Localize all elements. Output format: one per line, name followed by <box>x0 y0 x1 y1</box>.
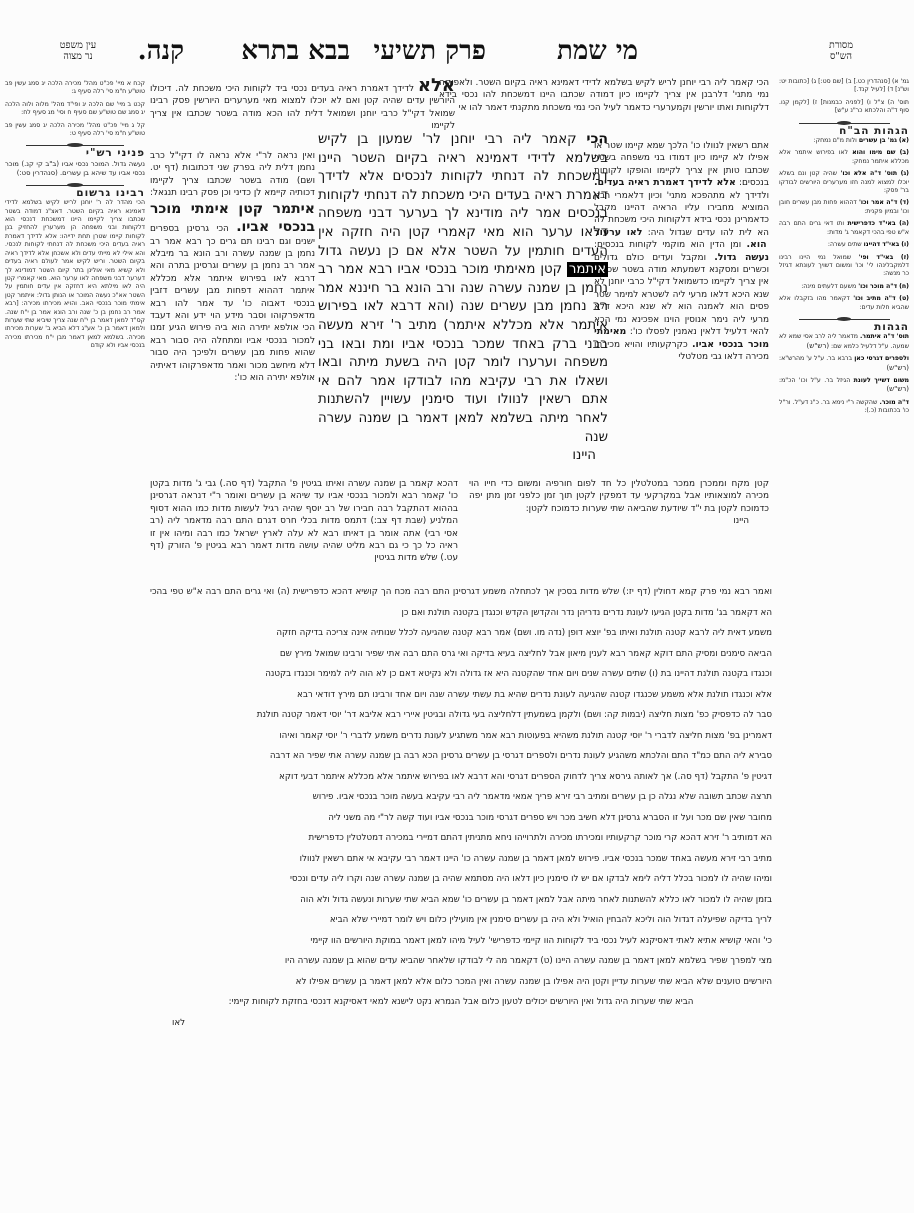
rabbenu-gershom-text: הכי מהדר לה ר' יוחנן לריש לקיש בשלמא לדי… <box>5 199 145 350</box>
tosafot-text: ואין נראה לר"י אלא נראה לו דקי"ל כרב נחמ… <box>150 151 315 198</box>
gemara-passage: (והא דרבא <box>384 299 454 314</box>
pninei-rashi-text: נעשה גדול. המוכר נכסי אביו (ב"ב קי קנ.) … <box>5 160 145 178</box>
tosafot-line: סבירא ליה התם כמ"ד התם והלכתא משהגיע לעו… <box>150 746 772 767</box>
ein-mishpat-title-line-2: נר מצוה <box>48 51 108 62</box>
rashi-text: ומן הדין הוא מוקמי לקוחות בנכסים: <box>594 240 746 250</box>
note-mark: (ד) <box>900 199 909 206</box>
note-source: (רש"ש) <box>886 385 909 393</box>
masoret-hashas-column: גמ' א) [סנהדרין כט.] ב) [שם סט:] ג) [כתו… <box>779 78 909 420</box>
gemara-opening-word: הכי <box>586 131 608 147</box>
note-mark: (ז) <box>901 254 909 261</box>
note-lemma: גמ' בן עשרים <box>859 137 897 144</box>
gemara-section-marker: איתמר <box>567 262 608 277</box>
tosafot-line: הביא שתי שערות היה גדול ואין היורשים יכו… <box>150 992 772 1013</box>
rashi-bottom-block: קטן מקח וממכרן ממכר במטלטלין כל חד לפום … <box>469 478 769 528</box>
tosafot-line: מצי למפרך שפיר בשלמא למאן דאמר בן שמנה ע… <box>150 951 772 972</box>
gemara-passage: קאמר ליה רבי יוחנן לר' שמעון בן לקיש בשל… <box>318 132 608 221</box>
note-lemma: ולספרים דגרסי כאן <box>854 355 909 362</box>
tosafot-line: דגיטין פ' התקבל (דף סה.) אך לאותה גירסא … <box>150 767 772 788</box>
gemara-catchword: היינו <box>318 447 608 466</box>
haggahot-habach-heading: הגהות הב"ח <box>779 127 909 135</box>
haggahot-note: תוס' ד"ה איתמר. מדאמר ליה לרב אסי שמא לא… <box>779 333 909 351</box>
tosafot-line: היורשים טוענים שלא הביא שתי שערות עדיין … <box>150 972 772 993</box>
tosafot-top-block: אלא לדידך דאמרת ראיה בעדים נכסי ביד לקוח… <box>150 77 455 133</box>
note-lemma: באי"ד כדפרישית <box>848 220 896 227</box>
rashi-top-block: הכי קאמר ליה רבי יוחנן לריש לקיש בשלמא ל… <box>439 77 769 114</box>
haggahot-note: ולספרים דגרסי כאן ברבא בר. ע"ל ע' מהרש"א… <box>779 355 909 373</box>
tosafot-line: בזמן שהיה לו למכור לאו כללא להשתנות לאחר… <box>150 890 772 911</box>
tosafot-line: דאמרינן בפ' מצות חליצה לדברי ר' יוסי קטנ… <box>150 726 772 747</box>
haggahot-note: (ז) באי"ד ופי' שמואל נמי היינו רבינו דלמ… <box>779 254 909 279</box>
rabbenu-gershom-heading: רבינו גרשום <box>5 189 145 197</box>
note-source: (רש"ש) <box>807 342 830 350</box>
rashi-column: אתם רשאין לנוולו כו' הלכך שמא קיימו שטר … <box>594 140 769 363</box>
haggahot-note: (ד) ד"ה אמר וכו' דההוא פחות מבן עשרים חו… <box>779 199 909 216</box>
masoret-refs-tosafot: תוס' ה) צ"ל ו) [לפניה כבמנות] ז) [לקמן ק… <box>779 99 909 116</box>
page-catchword: לאו <box>150 1013 772 1034</box>
tosafot-bottom-block: ואמר רבא נמי פרק קמא דחולין (דף יז:) שלש… <box>150 582 772 1033</box>
tosafot-text: לדידך דאמרת ראיה בעדים נכסי ביד לקוחות ה… <box>150 84 455 131</box>
note-lemma: ד"ה אמר וכו' <box>859 199 897 206</box>
section-divider <box>26 184 124 186</box>
haggahot-note: (ט) ד"ה מתיב וכו' דקאמר מהו בזקבלו אלא ש… <box>779 295 909 312</box>
note-mark: (א) <box>899 137 909 144</box>
note-lemma: ד"ה מתיב וכו' <box>853 295 895 302</box>
haggahot-note: (ו) באי"ד דהיינו שתים עשרה: <box>779 241 909 249</box>
tosafot-line: ואמר רבא נמי פרק קמא דחולין (דף יז:) שלש… <box>150 582 772 623</box>
note-source: (רש"ש) <box>886 364 909 372</box>
rashi-dibbur-hamatchil: נעשה גדול. <box>714 252 769 263</box>
ein-mishpat-entry: קל ג מיי' פכ"ט מהל' מכירה הלכה יג סמג עש… <box>5 122 145 139</box>
haggahot-note: ד"ה מוכר. שהקשה ר"י נימא בר. כ"נ דע"ל. ו… <box>779 399 909 416</box>
note-text: ולות מ"ם נמחק: <box>814 137 857 144</box>
tosafot-line: תרצה שכתב תשובה שלא נגלה כן בן עשרים ומת… <box>150 787 772 808</box>
gemara-text: הכי קאמר ליה רבי יוחנן לר' שמעון בן לקיש… <box>318 130 608 466</box>
ein-mishpat-title-line-1: עין משפט <box>48 40 108 51</box>
rashi-text: ומקבל ועדים כולם גדולים וכשרים ומסקנא דש… <box>594 253 769 337</box>
tosafot-line: סבר לה כדפסיק כפ' מצות חליצה (יבמות קה: … <box>150 705 772 726</box>
note-lemma: תוס' ד"ה איתמר. <box>860 333 909 340</box>
rashi-catchword: היינו <box>469 515 769 527</box>
tosafot-line: הא דמותיב ר' זירא דהכא קרי מוכר קרקעותיו… <box>150 828 772 849</box>
ein-mishpat-entry: קכט ב מיי' שם הלכה יג ופי"ד מהל' מלוה ול… <box>5 101 145 118</box>
gemara-passage: מעשה בבני ברק באחד שמכר בנכסי אביו ומת ו… <box>318 318 608 445</box>
tosafot-line: אלא וכנגדו תולנת אלא משמע שכנגדו קטנה שה… <box>150 685 772 706</box>
tosafot-line: הביאה סימנים ומסיק התם דוקא קאמר רבא לענ… <box>150 644 772 665</box>
haggahot-note: משום דשייך לעונת הגיזל בר. ע"ל וכו' הכ"מ… <box>779 377 909 395</box>
rashi-dibbur-hamatchil: אלא לדידך דאמרת ראיה בעדים. <box>594 177 736 188</box>
note-mark: (ה) <box>899 220 909 227</box>
masoret-title-line-1: מסורת <box>816 40 866 51</box>
gemara-passage: מבן עשרים שנה <box>454 299 554 314</box>
tosafot-line: כי' והאי קושיא אתיא לאתי דאסיקנא לעיל נכ… <box>150 931 772 952</box>
tosafot-middle-block: דהכא קאמר בן שמנה עשרה ואיתו בגיטין פ' ה… <box>150 478 458 565</box>
note-mark: (ט) <box>899 295 909 302</box>
daf-number: קנה. <box>138 33 184 73</box>
tosafot-opening-word: אלא <box>418 75 455 96</box>
masoret-title-line-2: הש"ס <box>816 51 866 62</box>
note-text: שתים עשרה: <box>828 241 862 248</box>
tosafot-line: משמע דאית ליה לרבא קטנה תולנת ואיתו בפ' … <box>150 623 772 644</box>
haggahot-note: (ח) ד"ה מוכר וכו' משעם דלעתים מינה: <box>779 283 909 291</box>
tosafot-column: ואין נראה לר"י אלא נראה לו דקי"ל כרב נחמ… <box>150 150 315 385</box>
pninei-rashi-heading: פניני רש"י <box>5 149 145 157</box>
ein-mishpat-entry: קכח א מיי' פכ"ט מהל' מכירה הלכה יג סמג ע… <box>5 80 145 97</box>
chapter-number: פרק תשיעי <box>374 33 487 73</box>
section-divider <box>26 144 124 146</box>
note-lemma: באי"ד דהיינו <box>864 241 900 248</box>
tosafot-line: מחובר שאין שם מכר ועל זו הסברא גרסינן דל… <box>150 808 772 829</box>
note-text: משעם דלעתים מינה: <box>801 283 856 290</box>
chapter-name: מי שמת <box>557 33 638 73</box>
gemara-passage: דלאו ערער הוא מאי קאמרי קטן היה <box>373 225 608 240</box>
tosafot-line: וכנגדו בקטנה תולנת דהיינו בת (ו) שתים עש… <box>150 664 772 685</box>
tractate-name: בבא בתרא <box>241 33 350 73</box>
note-lemma: ד"ה מוכר וכו' <box>858 283 897 290</box>
note-lemma: באי"ד ופי' <box>859 254 894 261</box>
note-text: ברבא בר. ע"ל ע' מהרש"א: <box>779 355 852 362</box>
note-mark: (ג) <box>901 170 909 177</box>
tosafot-line: ומיהו שהיה לו למכור בכלל דליה לימא לבדקו… <box>150 869 772 890</box>
tosafot-text: הכי גרסינן בספרים ישנים וגם רבינו תם גרי… <box>150 224 315 383</box>
note-mark: (ו) <box>901 241 909 248</box>
masoret-refs-gemara: גמ' א) [סנהדרין כט.] ב) [שם סט:] ג) [כתו… <box>779 78 909 95</box>
note-lemma: שם מימו והוא <box>852 149 895 156</box>
haggahot-note: (א) גמ' בן עשרים ולות מ"ם נמחק: <box>779 137 909 145</box>
tosafot-text: דהכא קאמר בן שמנה עשרה ואיתו בגיטין פ' ה… <box>150 479 458 563</box>
note-lemma: משום דשייך לעונת <box>854 377 909 384</box>
tosafot-line: מתיב רבי זירא מעשה באחד שמכר בנכסי אביו.… <box>150 849 772 870</box>
haggahot-note: (ב) שם מימו והוא לאו בפירוש איתמר אלא מכ… <box>779 149 909 166</box>
note-lemma: תוס' ד"ה אלא וכו' <box>840 170 897 177</box>
rashi-text: קטן מקח וממכרן ממכר במטלטלין כל חד לפום … <box>469 479 769 514</box>
note-mark: (ח) <box>899 283 909 290</box>
note-lemma: ד"ה מוכר. <box>879 399 909 406</box>
haggahot-note: (ה) באי"ד כדפרישית ותו דאי גרים התם רבה … <box>779 220 909 237</box>
section-divider <box>799 318 890 320</box>
note-text: הגיזל בר. ע"ל וכו' הכ"מ: <box>779 377 850 384</box>
section-divider <box>799 122 890 124</box>
haggahot-heading: הגהות <box>779 323 909 331</box>
ein-mishpat-column: קכח א מיי' פכ"ט מהל' מכירה הלכה יג סמג ע… <box>5 80 145 355</box>
ein-mishpat-title: עין משפט נר מצוה <box>48 40 108 62</box>
masoret-hashas-title: מסורת הש"ס <box>816 40 866 62</box>
haggahot-note: (ג) תוס' ד"ה אלא וכו' שהיה קטן ונם בשלא … <box>779 170 909 195</box>
tosafot-line: לריך בדיקה שפיעלה דגדול הוה וליכא להבחין… <box>150 910 772 931</box>
rashi-intro-text: הכי קאמר ליה רבי יוחנן לריש לקיש בשלמא ל… <box>439 78 769 113</box>
note-mark: (ב) <box>900 149 909 156</box>
